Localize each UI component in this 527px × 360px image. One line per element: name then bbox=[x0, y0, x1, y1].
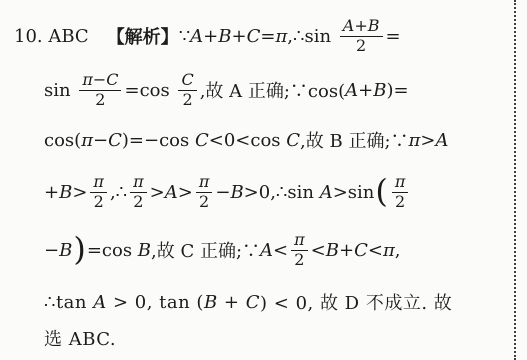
text-run: < bbox=[311, 240, 326, 261]
fraction-numerator: A+B bbox=[340, 18, 383, 37]
fraction-numerator: C bbox=[178, 72, 196, 91]
text-run: B bbox=[204, 292, 218, 313]
text-run: > 0, tan ( bbox=[107, 292, 204, 313]
text-run: B bbox=[230, 182, 243, 203]
text-run: = bbox=[260, 26, 275, 47]
text-run: A bbox=[320, 182, 333, 203]
text-run: >sin bbox=[333, 182, 375, 203]
solution-line: 选 ABC. bbox=[0, 324, 527, 352]
text-run: =cos bbox=[124, 80, 175, 101]
fraction-denominator: 2 bbox=[94, 193, 104, 211]
text-run: )=−cos bbox=[122, 130, 195, 151]
text-run: ,故 B 正确;∵ bbox=[300, 127, 408, 153]
text-run: B bbox=[326, 240, 339, 261]
fraction: π−C2 bbox=[79, 72, 121, 109]
fraction: A+B2 bbox=[340, 18, 383, 55]
text-run: π bbox=[81, 130, 93, 151]
text-run: C bbox=[108, 130, 122, 151]
fraction-numerator: π bbox=[196, 174, 213, 193]
text-run: ∵ bbox=[179, 26, 190, 47]
text-run: A bbox=[345, 80, 358, 101]
text-run: − bbox=[215, 182, 230, 203]
text-run: + bbox=[44, 182, 59, 203]
big-paren: ( bbox=[375, 176, 387, 206]
text-run: π bbox=[409, 130, 421, 151]
text-run: B bbox=[59, 182, 72, 203]
text-run: 选 ABC. bbox=[44, 325, 116, 351]
solution-line: cos(π−C)=−cos C<0<cos C,故 B 正确;∵π>A bbox=[0, 122, 527, 158]
text-run: > bbox=[420, 130, 435, 151]
fraction-numerator: π bbox=[130, 174, 147, 193]
fraction: π2 bbox=[392, 174, 409, 211]
fraction: π2 bbox=[291, 232, 308, 269]
text-run: ) < 0, 故 D 不成立. 故 bbox=[260, 289, 452, 315]
text-run: cos( bbox=[44, 130, 81, 151]
text-run: A bbox=[435, 130, 448, 151]
text-run: >0,∴sin bbox=[244, 182, 320, 203]
fraction: π2 bbox=[130, 174, 147, 211]
fraction-denominator: 2 bbox=[294, 251, 304, 269]
bold-label: 【解析】 bbox=[107, 23, 179, 49]
text-run: C bbox=[195, 130, 209, 151]
solution-line: 10. ABC【解析】∵A+B+C=π,∴sin A+B2= bbox=[0, 12, 527, 60]
text-run: C bbox=[246, 292, 260, 313]
text-run: π bbox=[383, 240, 395, 261]
text-run: + bbox=[358, 80, 373, 101]
solution-line: +B>π2,∴π2>A>π2−B>0,∴sin A>sin(π2 bbox=[0, 166, 527, 218]
fraction-denominator: 2 bbox=[395, 193, 405, 211]
fraction: π2 bbox=[196, 174, 213, 211]
column-divider bbox=[514, 0, 516, 360]
text-run: ,故 C 正确;∵ bbox=[151, 237, 260, 263]
text-run: B bbox=[218, 26, 231, 47]
fraction-numerator: π bbox=[392, 174, 409, 193]
solution-text: 10. ABC【解析】∵A+B+C=π,∴sin A+B2=sin π−C2=c… bbox=[0, 0, 527, 352]
solution-line: sin π−C2=cos C2,故 A 正确;∵cos(A+B)= bbox=[0, 64, 527, 116]
solution-document: 10. ABC【解析】∵A+B+C=π,∴sin A+B2=sin π−C2=c… bbox=[0, 0, 527, 360]
fraction-numerator: π bbox=[291, 232, 308, 251]
text-run: A bbox=[165, 182, 178, 203]
fraction-denominator: 2 bbox=[356, 37, 366, 55]
text-run: + bbox=[231, 26, 246, 47]
text-run: > bbox=[72, 182, 87, 203]
text-run: , bbox=[395, 240, 401, 261]
text-run: sin bbox=[44, 80, 76, 101]
text-run: B bbox=[138, 240, 151, 261]
text-run: A bbox=[190, 26, 203, 47]
fraction-denominator: 2 bbox=[199, 193, 209, 211]
solution-line: −B)=cos B,故 C 正确;∵A<π2<B+C<π, bbox=[0, 226, 527, 274]
text-run: A bbox=[93, 292, 107, 313]
text-run: > bbox=[150, 182, 165, 203]
text-run: + bbox=[218, 292, 246, 313]
text-run: ,∴sin bbox=[287, 26, 336, 47]
text-run: + bbox=[339, 240, 354, 261]
text-run: C bbox=[247, 26, 261, 47]
text-run: )= bbox=[386, 80, 408, 101]
text-run: ∴tan bbox=[44, 292, 93, 313]
text-run: B bbox=[373, 80, 386, 101]
text-run: = bbox=[386, 26, 401, 47]
fraction-numerator: π−C bbox=[79, 72, 121, 91]
text-run: 10. ABC bbox=[14, 26, 89, 47]
fraction-denominator: 2 bbox=[133, 193, 143, 211]
text-run: <0<cos bbox=[209, 130, 287, 151]
fraction-denominator: 2 bbox=[182, 91, 192, 109]
fraction: C2 bbox=[178, 72, 196, 109]
solution-line: ∴tan A > 0, tan (B + C) < 0, 故 D 不成立. 故 bbox=[0, 288, 527, 316]
text-run: C bbox=[354, 240, 368, 261]
text-run: < bbox=[273, 240, 288, 261]
fraction-denominator: 2 bbox=[95, 91, 105, 109]
text-run: < bbox=[368, 240, 383, 261]
text-run: C bbox=[286, 130, 300, 151]
text-run: − bbox=[44, 240, 59, 261]
text-run: > bbox=[178, 182, 193, 203]
text-run: A bbox=[260, 240, 273, 261]
text-run: =cos bbox=[87, 240, 138, 261]
fraction: π2 bbox=[90, 174, 107, 211]
fraction-numerator: π bbox=[90, 174, 107, 193]
text-run: + bbox=[203, 26, 218, 47]
text-run: B bbox=[59, 240, 72, 261]
big-paren: ) bbox=[73, 234, 85, 264]
text-run: π bbox=[275, 26, 287, 47]
text-run: ,∴ bbox=[110, 182, 127, 203]
text-run: − bbox=[93, 130, 108, 151]
text-run: ,故 A 正确;∵cos( bbox=[200, 77, 345, 103]
